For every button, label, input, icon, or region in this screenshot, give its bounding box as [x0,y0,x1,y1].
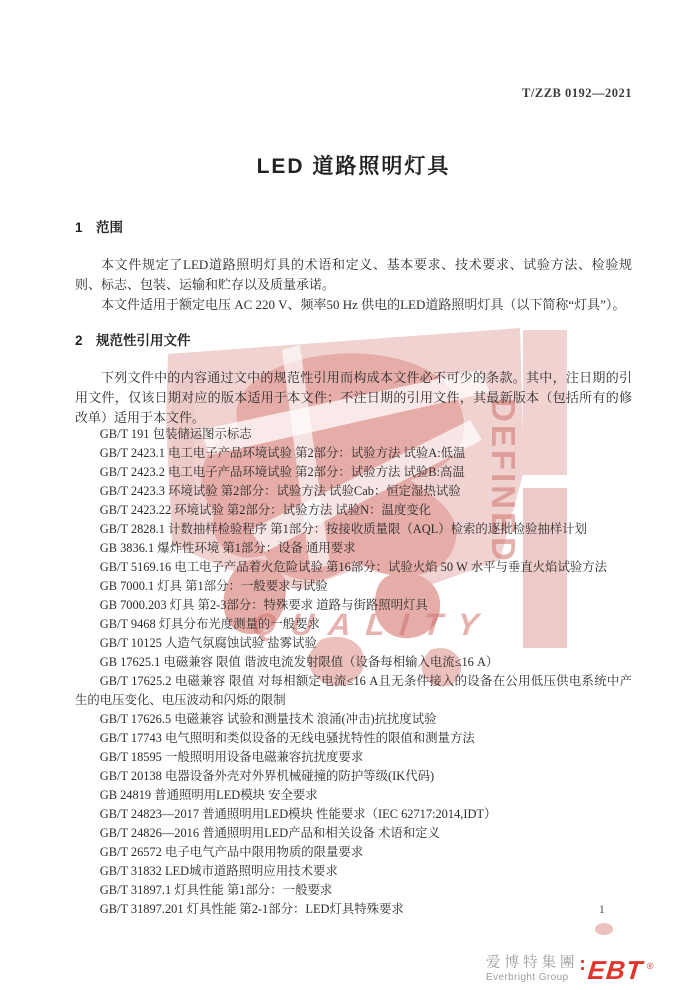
reference-list: GB/T 191 包装储运图示标志GB/T 2423.1 电工电子产品环境试验 … [75,425,632,919]
reference-item: GB 7000.203 灯具 第2-3部分：特殊要求 道路与街路照明灯具 [75,596,632,615]
references-intro-paragraph: 下列文件中的内容通过文中的规范性引用而构成本文件必不可少的条款。其中，注日期的引… [75,368,632,428]
page-title: LED 道路照明灯具 [75,150,632,180]
reference-item: GB/T 9468 灯具分布光度测量的一般要求 [75,615,632,634]
reference-item: GB/T 10125 人造气氛腐蚀试验 盐雾试验 [75,634,632,653]
reference-item: GB/T 17626.5 电磁兼容 试验和测量技术 浪涌(冲击)抗扰度试验 [75,710,632,729]
scope-paragraph-2: 本文件适用于额定电压 AC 220 V、频率50 Hz 供电的LED道路照明灯具… [75,295,632,315]
document-page: DEFINED QUALITY T/ZZB 0192—2021 LED 道路照明… [0,0,700,990]
scope-paragraph-1: 本文件规定了LED道路照明灯具的术语和定义、基本要求、技术要求、试验方法、检验规… [75,255,632,295]
reference-item: GB/T 24826—2016 普通照明用LED产品和相关设备 术语和定义 [75,824,632,843]
reference-item: GB/T 20138 电器设备外壳对外界机械碰撞的防护等级(IK代码) [75,767,632,786]
company-name-cn: 爱博特集團 [486,956,579,971]
reference-item: GB/T 17743 电气照明和类似设备的无线电骚扰特性的限值和测量方法 [75,729,632,748]
reference-item: GB/T 17625.2 电磁兼容 限值 对每相额定电流≤16 A且无条件接入的… [75,672,632,710]
reference-item: GB/T 2423.1 电工电子产品环境试验 第2部分：试验方法 试验A:低温 [75,444,632,463]
reference-item: GB/T 24823—2017 普通照明用LED模块 性能要求（IEC 6271… [75,805,632,824]
logo-separator-dots-icon [581,960,584,970]
section-1-heading: 1 范围 [75,216,632,236]
reference-item: GB/T 31832 LED城市道路照明应用技术要求 [75,862,632,881]
brand-logo-ebt: EBT ® [586,956,644,984]
reference-item: GB 17625.1 电磁兼容 限值 谐波电流发射限值（设备每相输入电流≤16 … [75,653,632,672]
reference-item: GB 7000.1 灯具 第1部分：一般要求与试验 [75,577,632,596]
reference-item: GB 3836.1 爆炸性环境 第1部分：设备 通用要求 [75,539,632,558]
document-content: T/ZZB 0192—2021 LED 道路照明灯具 1 范围 本文件规定了LE… [0,0,700,919]
reference-item: GB/T 2828.1 计数抽样检验程序 第1部分：按接收质量限（AQL）检索的… [75,520,632,539]
reference-item: GB/T 31897.201 灯具性能 第2-1部分：LED灯具特殊要求 [75,900,632,919]
reference-item: GB/T 5169.16 电工电子产品着火危险试验 第16部分：试验火焰 50 … [75,558,632,577]
reference-item: GB/T 18595 一般照明用设备电磁兼容抗扰度要求 [75,748,632,767]
reference-item: GB 24819 普通照明用LED模块 安全要求 [75,786,632,805]
brand-text: EBT [586,955,644,985]
doc-number: T/ZZB 0192—2021 [75,86,632,100]
reference-item: GB/T 2423.2 电工电子产品环境试验 第2部分：试验方法 试验B:高温 [75,463,632,482]
reference-item: GB/T 2423.22 环境试验 第2部分：试验方法 试验N：温度变化 [75,501,632,520]
reference-item: GB/T 26572 电子电气产品中限用物质的限量要求 [75,843,632,862]
section-2-heading: 2 规范性引用文件 [75,329,632,349]
reference-item: GB/T 31897.1 灯具性能 第1部分：一般要求 [75,881,632,900]
registered-trademark-icon: ® [645,952,656,980]
footer-logo: 爱博特集團 Everbright Group EBT ® [486,956,643,984]
reference-item: GB/T 191 包装储运图示标志 [75,425,632,444]
footer-logo-names: 爱博特集團 Everbright Group [486,956,579,984]
company-name-en: Everbright Group [486,972,579,984]
reference-item: GB/T 2423.3 环境试验 第2部分：试验方法 试验Cab：恒定湿热试验 [75,482,632,501]
page-number: 1 [599,904,605,916]
